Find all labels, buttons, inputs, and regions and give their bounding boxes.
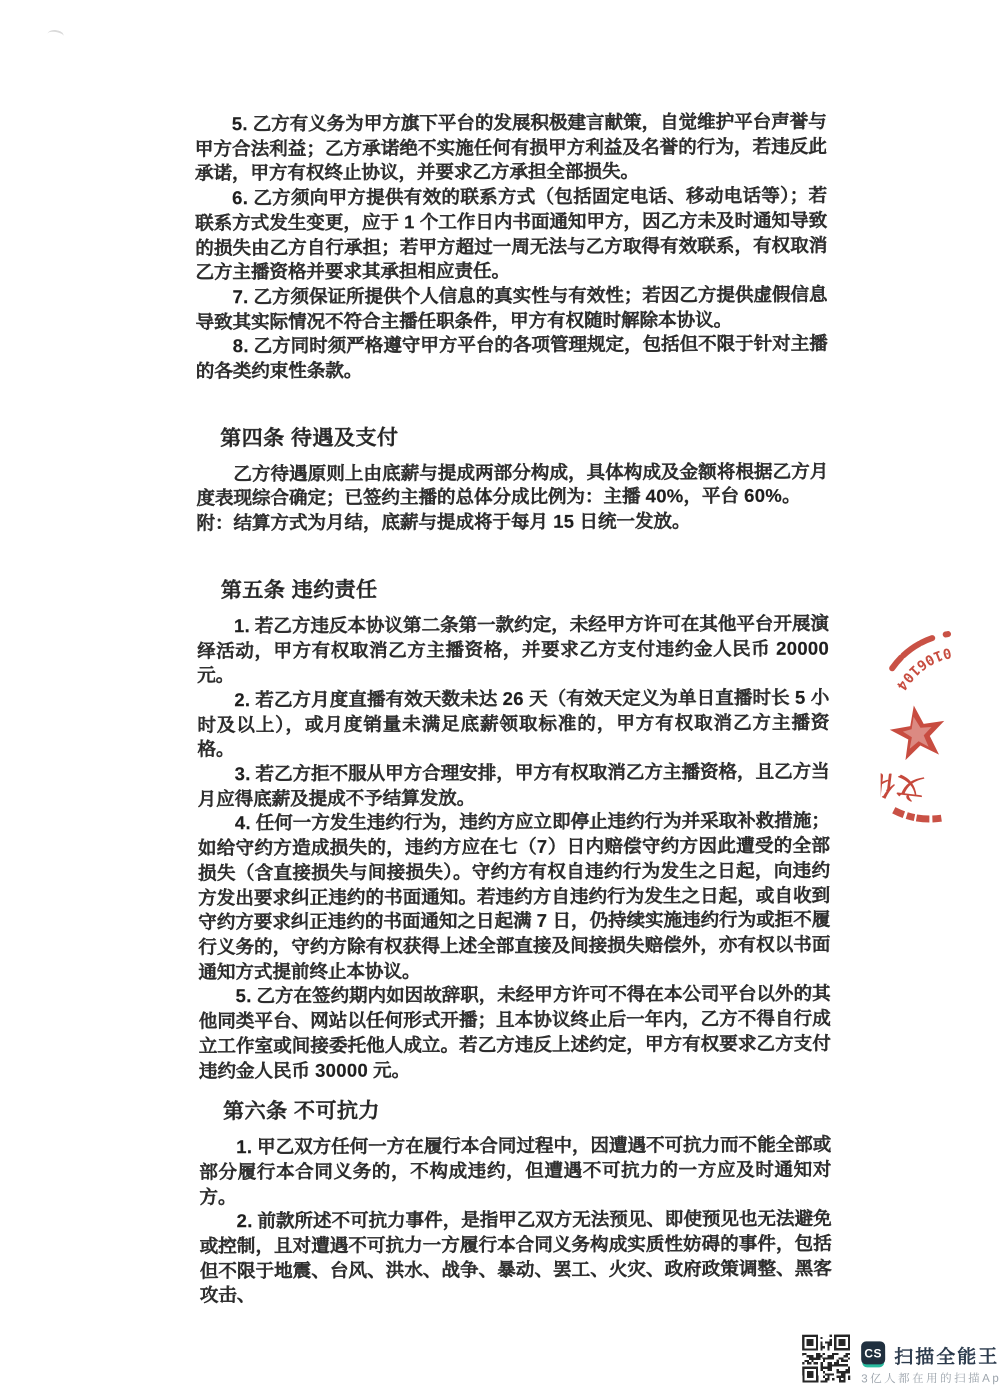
section-heading: 第五条 违约责任: [197, 573, 829, 606]
seal-star-icon: [887, 701, 950, 762]
contract-paragraph: 1. 甲乙双方任何一方在履行本合同过程中，因遭遇不可抗力而不能全部或部分履行本合…: [199, 1133, 831, 1210]
scanned-contract-page: 5. 乙方有义务为甲方旗下平台的发展积极建言献策，自觉维护平台声誉与甲方合法利益…: [0, 0, 1000, 1400]
seal-serial-number: 0106104: [892, 644, 953, 694]
contract-paragraph: 3. 若乙方拒不服从甲方合理安排，甲方有权取消乙方主播资格，且乙方当月应得底薪及…: [198, 760, 830, 812]
contract-paragraph: 6. 乙方须向甲方提供有效的联系方式（包括固定电话、移动电话等）；若联系方式发生…: [195, 184, 827, 286]
scan-area: 5. 乙方有义务为甲方旗下平台的发展积极建言献策，自觉维护平台声誉与甲方合法利益…: [0, 0, 1000, 1400]
contract-paragraph: 5. 乙方在签约期内如因故辞职，未经甲方许可不得在本公司平台以外的其他同类平台、…: [199, 982, 831, 1084]
contract-paragraph: 附：结算方式为月结，底薪与提成将于每月 15 日统一发放。: [196, 509, 828, 536]
seal-characters: 文化: [880, 767, 925, 805]
seal-ring-bottom: [894, 810, 948, 819]
contract-body: 5. 乙方有义务为甲方旗下平台的发展积极建言献策，自觉维护平台声誉与甲方合法利益…: [195, 110, 832, 1309]
contract-paragraph: 2. 前款所述不可抗力事件，是指甲乙双方无法预见、即使预见也无法避免或控制，且对…: [200, 1207, 832, 1309]
contract-paragraph: 2. 若乙方月度直播有效天数未达 26 天（有效天定义为单日直播时长 5 小时及…: [197, 686, 829, 763]
camscanner-logo-icon: CS: [861, 1341, 885, 1367]
qr-code: [802, 1334, 850, 1382]
contract-paragraph: 4. 任何一方发生违约行为，违约方应立即停止违约行为并采取补救措施；如给守约方造…: [198, 809, 831, 985]
camscanner-logo-letters: CS: [861, 1341, 885, 1364]
contract-paragraph: 1. 若乙方违反本协议第二条第一款约定，未经甲方许可在其他平台开展演绎活动，甲方…: [197, 611, 829, 688]
contract-paragraph: 乙方待遇原则上由底薪与提成两部分构成，具体构成及金额将根据乙方月度表现综合确定；…: [196, 459, 828, 511]
section-heading: 第四条 待遇及支付: [196, 421, 828, 454]
section-heading: 第六条 不可抗力: [199, 1095, 831, 1128]
contract-paragraph: 7. 乙方须保证所提供个人信息的真实性与有效性；若因乙方提供虚假信息导致其实际情…: [195, 282, 827, 334]
scan-artifact-mark: [46, 28, 64, 42]
contract-paragraph: 8. 乙方同时须严格遵守甲方平台的各项管理规定，包括但不限于针对主播的各类约束性…: [196, 332, 828, 384]
svg-text:0106104: 0106104: [892, 644, 953, 694]
camscanner-title: 扫描全能王: [894, 1342, 999, 1369]
contract-paragraph: 5. 乙方有义务为甲方旗下平台的发展积极建言献策，自觉维护平台声誉与甲方合法利益…: [195, 110, 827, 187]
official-seal-stamp: 0106104 文化: [880, 614, 1000, 847]
camscanner-subtitle: 3亿人都在用的扫描App: [861, 1370, 1000, 1387]
